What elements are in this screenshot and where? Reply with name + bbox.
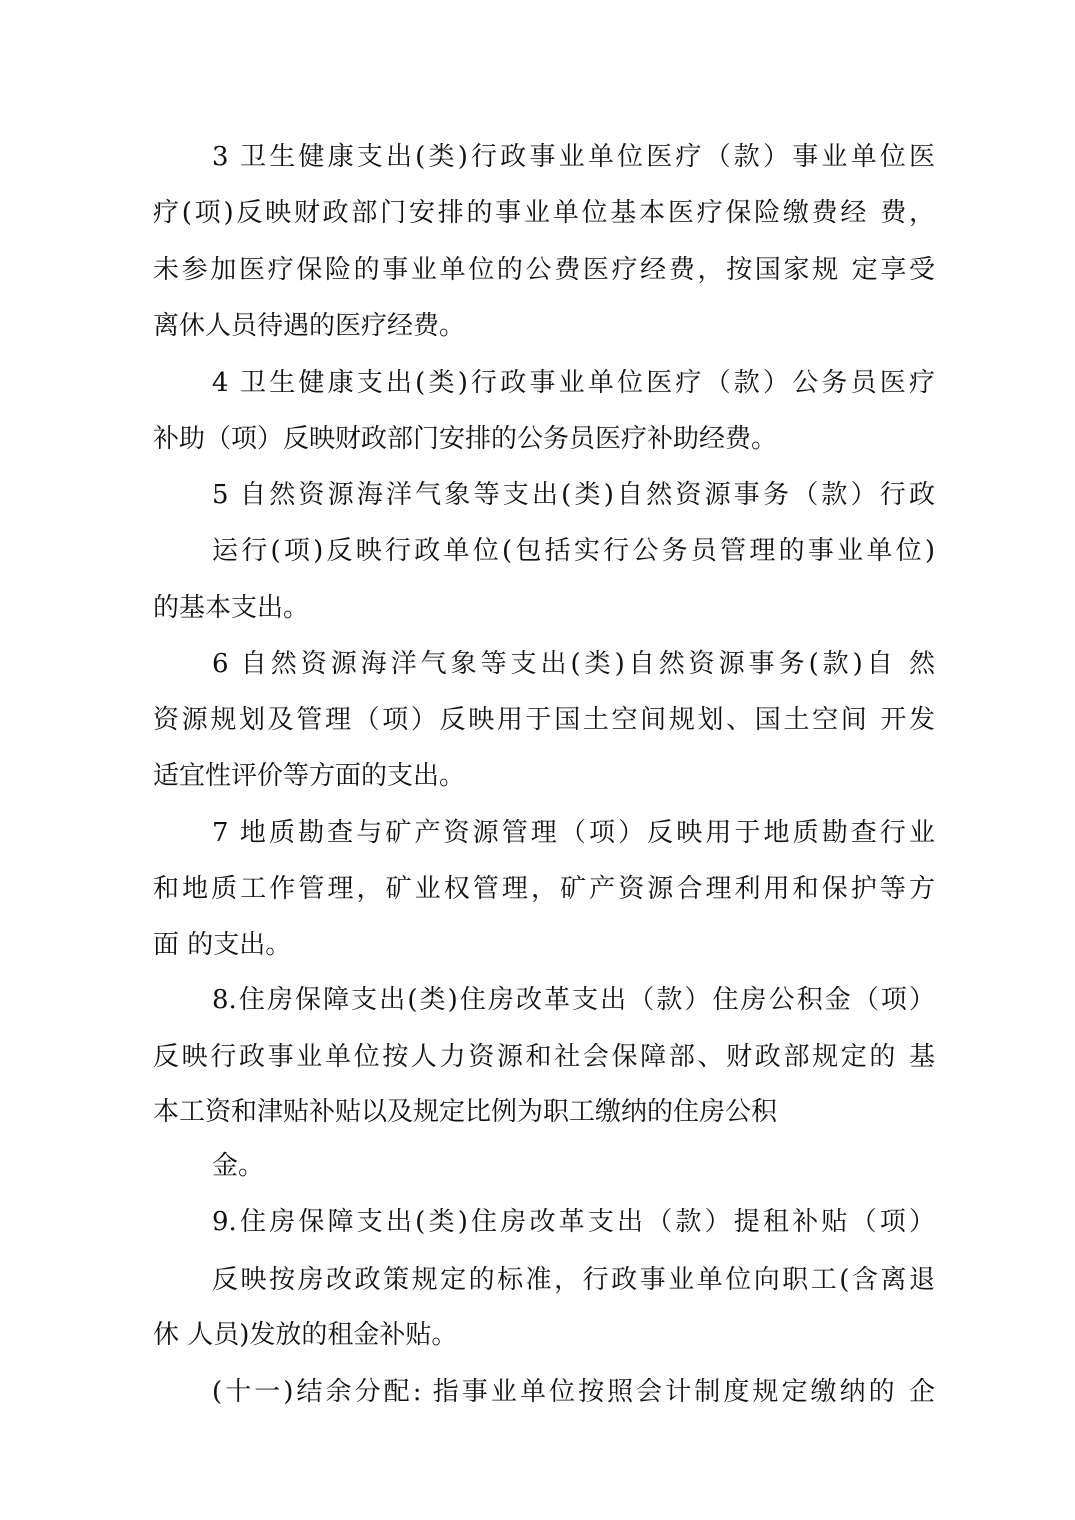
paragraph-8-line-3: 本工资和津贴补贴以及规定比例为职工缴纳的住房公积: [153, 1092, 777, 1132]
paragraph-7-line-3: 面 的支出。: [153, 925, 291, 965]
paragraph-8-line-2: 反映行政事业单位按人力资源和社会保障部、财政部规定的 基: [153, 1037, 935, 1077]
section-11-line-1: (十一)结余分配: 指事业单位按照会计制度规定缴纳的 企: [212, 1372, 935, 1412]
document-page: 3 卫生健康支出(类)行政事业单位医疗（款）事业单位医 疗(项)反映财政部门安排…: [0, 0, 1075, 1520]
paragraph-4-line-2: 补助（项）反映财政部门安排的公务员医疗补助经费。: [153, 419, 777, 459]
paragraph-3-line-1: 3 卫生健康支出(类)行政事业单位医疗（款）事业单位医: [212, 137, 935, 177]
paragraph-5-line-1: 5 自然资源海洋气象等支出(类)自然资源事务（款）行政: [212, 475, 935, 515]
paragraph-8-line-1: 8.住房保障支出(类)住房改革支出（款）住房公积金（项）: [212, 980, 935, 1020]
paragraph-3-line-3: 未参加医疗保险的事业单位的公费医疗经费，按国家规 定享受: [153, 250, 935, 290]
paragraph-7-line-1: 7 地质勘查与矿产资源管理（项）反映用于地质勘查行业: [212, 813, 935, 853]
paragraph-7-line-2: 和地质工作管理，矿业权管理，矿产资源合理利用和保护等方: [153, 869, 935, 909]
paragraph-3-line-2: 疗(项)反映财政部门安排的事业单位基本医疗保险缴费经 费，: [153, 193, 935, 233]
paragraph-6-line-1: 6 自然资源海洋气象等支出(类)自然资源事务(款)自 然: [212, 644, 935, 684]
paragraph-9-line-2: 反映按房改政策规定的标准，行政事业单位向职工(含离退: [212, 1260, 935, 1300]
paragraph-9-line-1: 9.住房保障支出(类)住房改革支出（款）提租补贴（项）: [212, 1202, 935, 1242]
paragraph-3-line-4: 离休人员待遇的医疗经费。: [153, 306, 465, 346]
paragraph-6-line-3: 适宜性评价等方面的支出。: [153, 756, 465, 796]
paragraph-6-line-2: 资源规划及管理（项）反映用于国土空间规划、国土空间 开发: [153, 700, 935, 740]
paragraph-9-line-3: 休 人员)发放的租金补贴。: [153, 1315, 457, 1355]
paragraph-8-line-4: 金。: [212, 1146, 264, 1186]
paragraph-5-line-2: 运行(项)反映行政单位(包括实行公务员管理的事业单位): [212, 531, 935, 571]
paragraph-4-line-1: 4 卫生健康支出(类)行政事业单位医疗（款）公务员医疗: [212, 363, 935, 403]
paragraph-5-line-3: 的基本支出。: [153, 588, 309, 628]
